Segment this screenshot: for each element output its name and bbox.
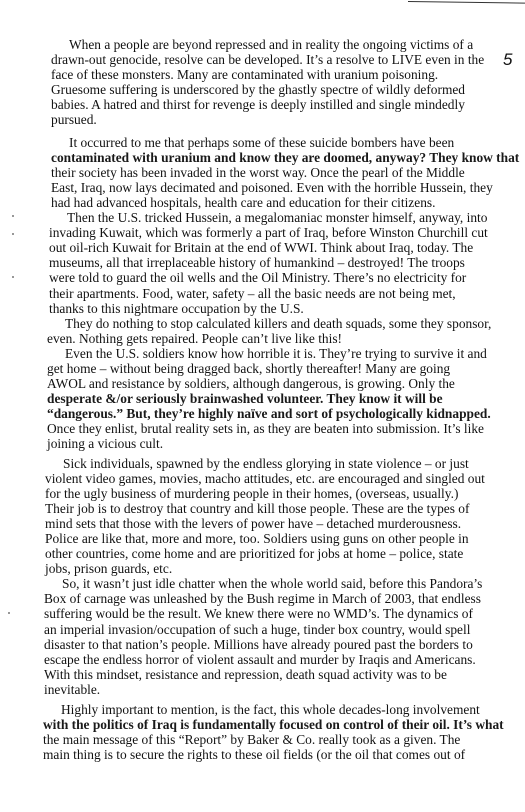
document-body: When a people are beyond repressed and i… bbox=[47, 37, 502, 762]
text-line: invading Kuwait, which was formerly a pa… bbox=[49, 225, 502, 240]
scan-speck bbox=[12, 215, 14, 217]
text-line: out oil-rich Kuwait for Britain at the e… bbox=[49, 240, 502, 255]
paragraph: They do nothing to stop calculated kille… bbox=[47, 316, 502, 346]
scan-speck bbox=[8, 612, 10, 614]
paragraph: So, it wasn’t just idle chatter when the… bbox=[44, 576, 502, 697]
text-line: their society has been invaded in the wo… bbox=[51, 165, 502, 180]
paragraph: It occurred to me that perhaps some of t… bbox=[51, 135, 502, 210]
text-line: Gruesome suffering is underscored by the… bbox=[51, 82, 502, 97]
paragraph: When a people are beyond repressed and i… bbox=[51, 37, 502, 128]
text-line: face of these monsters. Many are contami… bbox=[51, 67, 502, 82]
text-line: Box of carnage was unleashed by the Bush… bbox=[44, 591, 502, 606]
text-line: mind sets that those with the levers of … bbox=[45, 516, 502, 531]
text-line: even. Nothing gets repaired. People can’… bbox=[47, 331, 502, 346]
text-line: other countries, come home and are prior… bbox=[45, 546, 502, 561]
paragraph: Sick individuals, spawned by the endless… bbox=[45, 456, 502, 577]
text-line: Then the U.S. tricked Hussein, a megalom… bbox=[49, 210, 502, 225]
text-line: babies. A hatred and thirst for revenge … bbox=[51, 97, 502, 112]
text-line: suffering would be the result. We knew t… bbox=[44, 606, 502, 621]
text-line: “dangerous.” But, they’re highly naïve a… bbox=[47, 406, 502, 421]
text-line: the main message of this “Report” by Bak… bbox=[43, 732, 502, 747]
text-line: thanks to this nightmare occupation by t… bbox=[49, 301, 502, 316]
text-line: with the politics of Iraq is fundamental… bbox=[43, 717, 502, 732]
page-number: 5 bbox=[503, 50, 512, 70]
text-line: With this mindset, resistance and repres… bbox=[44, 667, 502, 682]
text-line: East, Iraq, now lays decimated and poiso… bbox=[51, 180, 502, 195]
text-line: It occurred to me that perhaps some of t… bbox=[51, 135, 502, 150]
text-line: So, it wasn’t just idle chatter when the… bbox=[44, 576, 502, 591]
text-line: Even the U.S. soldiers know how horrible… bbox=[47, 346, 502, 361]
text-line: main thing is to secure the rights to th… bbox=[43, 747, 502, 762]
text-line: inevitable. bbox=[44, 682, 502, 697]
text-line: desperate &/or seriously brainwashed vol… bbox=[47, 391, 502, 406]
text-line: violent video games, movies, macho attit… bbox=[45, 471, 502, 486]
paragraph: Even the U.S. soldiers know how horrible… bbox=[47, 346, 502, 452]
text-line: drawn-out genocide, resolve can be devel… bbox=[51, 52, 502, 67]
text-line: their apartments. Food, water, safety – … bbox=[49, 286, 502, 301]
paragraph: Then the U.S. tricked Hussein, a megalom… bbox=[49, 210, 502, 316]
text-line: Sick individuals, spawned by the endless… bbox=[45, 456, 502, 471]
text-line: When a people are beyond repressed and i… bbox=[51, 37, 502, 52]
text-line: were told to guard the oil wells and the… bbox=[49, 270, 502, 285]
text-line: disaster to that nation’s people. Millio… bbox=[44, 637, 502, 652]
text-line: pursued. bbox=[51, 112, 502, 127]
text-line: for the ugly business of murdering peopl… bbox=[45, 486, 502, 501]
text-line: get home – without being dragged back, s… bbox=[47, 361, 502, 376]
text-line: Highly important to mention, is the fact… bbox=[43, 702, 502, 717]
scan-speck bbox=[12, 276, 14, 278]
text-line: Police are like that, more and more, too… bbox=[45, 531, 502, 546]
scan-edge-line bbox=[408, 1, 525, 4]
paragraph: Highly important to mention, is the fact… bbox=[43, 702, 502, 762]
text-line: jobs, prison guards, etc. bbox=[45, 561, 502, 576]
text-line: contaminated with uranium and know they … bbox=[51, 150, 502, 165]
text-line: escape the endless horror of violent ass… bbox=[44, 652, 502, 667]
text-line: an imperial invasion/occupation of such … bbox=[44, 622, 502, 637]
scan-speck bbox=[12, 233, 14, 235]
text-line: They do nothing to stop calculated kille… bbox=[47, 316, 502, 331]
text-line: Their job is to destroy that country and… bbox=[45, 501, 502, 516]
text-line: AWOL and resistance by soldiers, althoug… bbox=[47, 376, 502, 391]
text-line: joining a vicious cult. bbox=[47, 436, 502, 451]
text-line: museums, all that irreplaceable history … bbox=[49, 255, 502, 270]
text-line: had had advanced hospitals, health care … bbox=[51, 195, 502, 210]
text-line: Once they enlist, brutal reality sets in… bbox=[47, 421, 502, 436]
